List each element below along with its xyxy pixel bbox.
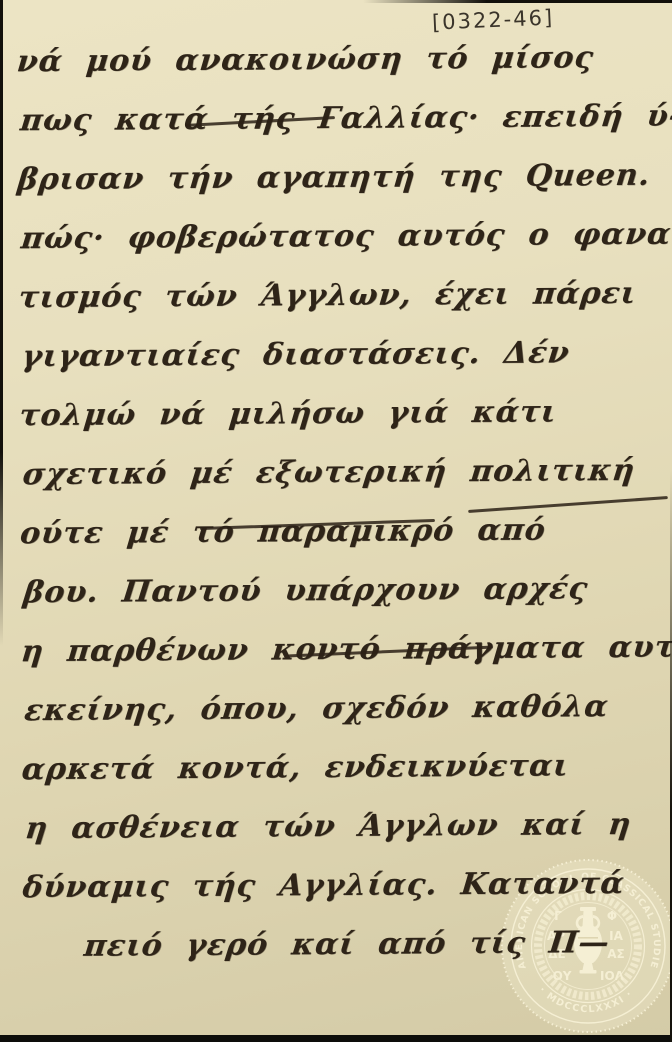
handwriting-line: βου. Παντού υπάρχουν αρχές	[20, 559, 672, 623]
handwriting-line: η ασθένεια τών Άγγλων καί η	[22, 795, 672, 859]
handwriting-line: γιγαντιαίες διαστάσεις. Δέν	[19, 323, 672, 387]
handwriting-line: νά μού ανακοινώση τό μίσος	[14, 28, 666, 92]
handwriting-line: τολμώ νά μιλήσω γιά κάτι	[17, 382, 669, 446]
handwriting-line: αρκετά κοντά, ενδεικνύεται	[19, 736, 671, 800]
handwriting-line: τισμός τών Άγγλων, έχει πάρει	[16, 264, 668, 328]
handwriting-line: η παρθένων κοντό πράγματα αυτής	[18, 618, 670, 682]
handwriting-line: δύναμις τής Αγγλίας. Καταντά	[20, 854, 672, 918]
scan-edge-top	[363, 0, 672, 3]
scan-edge-left	[0, 0, 3, 646]
handwriting-line: βρισαν τήν αγαπητή της Queen.	[15, 146, 667, 210]
manuscript-text: νά μού ανακοινώση τό μίσοςπως κατά τής Γ…	[0, 0, 672, 976]
manuscript-page: [0322-46] νά μού ανακοινώση τό μίσοςπως …	[0, 0, 672, 1042]
handwriting-line: πειό γερό καί από τίς Π—	[23, 913, 672, 977]
scan-edge-bottom	[0, 1035, 672, 1042]
handwriting-line: πώς· φοβερώτατος αυτός ο φανα-	[18, 205, 671, 269]
handwriting-line: πως κατά τής Γαλλίας· επειδή ύ-	[17, 87, 670, 151]
handwriting-line: εκείνης, όπου, σχεδόν καθόλα	[21, 677, 672, 741]
handwriting-line: σχετικό μέ εξωτερική πολιτική	[19, 441, 672, 505]
handwriting-line: ούτε μέ τό παραμικρό από	[17, 500, 669, 564]
